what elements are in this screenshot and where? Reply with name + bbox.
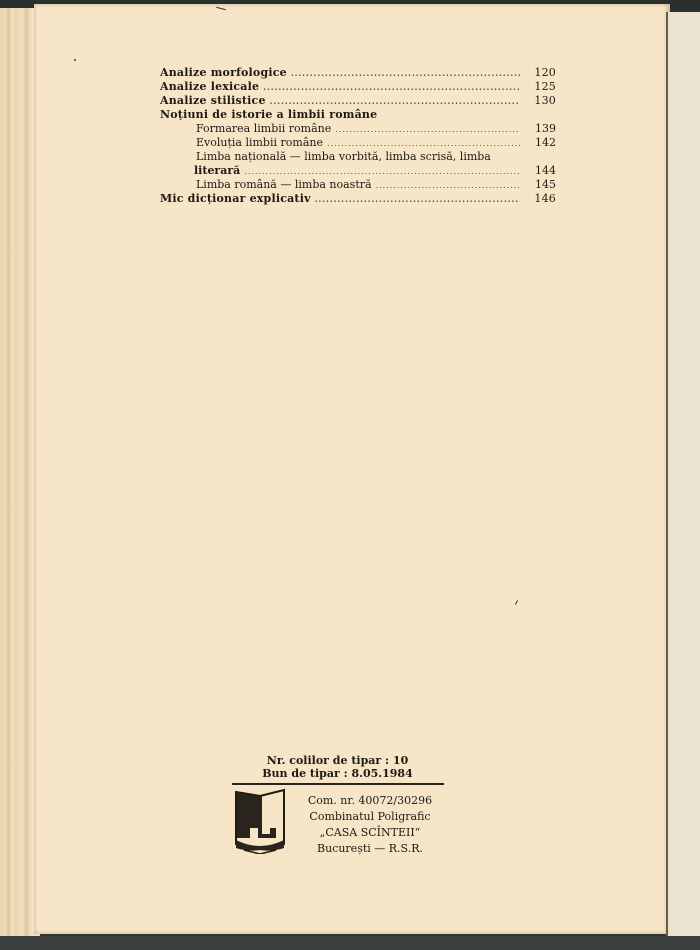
toc-section-heading: Noțiuni de istorie a limbii române — [160, 108, 556, 122]
table-of-contents: Analize morfologice ....................… — [160, 66, 556, 206]
print-imprint: Nr. colilor de tipar : 10 Bun de tipar :… — [230, 754, 445, 780]
scan-bottom-edge — [0, 936, 700, 950]
page-number: 142 — [524, 136, 556, 150]
page-number: 146 — [524, 192, 556, 206]
page-number: 145 — [524, 178, 556, 192]
toc-entry: Analize stilistice .....................… — [160, 94, 556, 108]
toc-entry-line: Limba națională — limba vorbită, limba s… — [160, 150, 556, 164]
printer-name: Combinatul Poligrafic — [300, 809, 440, 825]
publisher-info: Com. nr. 40072/30296 Combinatul Poligraf… — [300, 793, 440, 857]
printing-house: „CASA SCÎNTEII“ — [300, 825, 440, 841]
page-number: 125 — [524, 80, 556, 94]
printer-location: București — R.S.R. — [300, 841, 440, 857]
toc-entry: Analize lexicale .......................… — [160, 80, 556, 94]
page-number: 139 — [524, 122, 556, 136]
book-building-icon — [234, 788, 286, 854]
page-number: 120 — [524, 66, 556, 80]
toc-entry: Mic dicționar explicativ ...............… — [160, 192, 556, 206]
print-approval-date: Bun de tipar : 8.05.1984 — [230, 767, 445, 780]
toc-entry: Analize morfologice ....................… — [160, 66, 556, 80]
page-number: 144 — [524, 164, 556, 178]
toc-entry: Evoluția limbii române .................… — [160, 136, 556, 150]
order-number: Com. nr. 40072/30296 — [300, 793, 440, 809]
toc-entry: Formarea limbii române .................… — [160, 122, 556, 136]
toc-entry: Limba română — limba noastră ...........… — [160, 178, 556, 192]
adjacent-page-edge — [666, 12, 700, 936]
divider — [232, 783, 444, 785]
page-number: 130 — [524, 94, 556, 108]
sheet-count: Nr. colilor de tipar : 10 — [230, 754, 445, 767]
toc-entry: literară ...............................… — [160, 164, 556, 178]
